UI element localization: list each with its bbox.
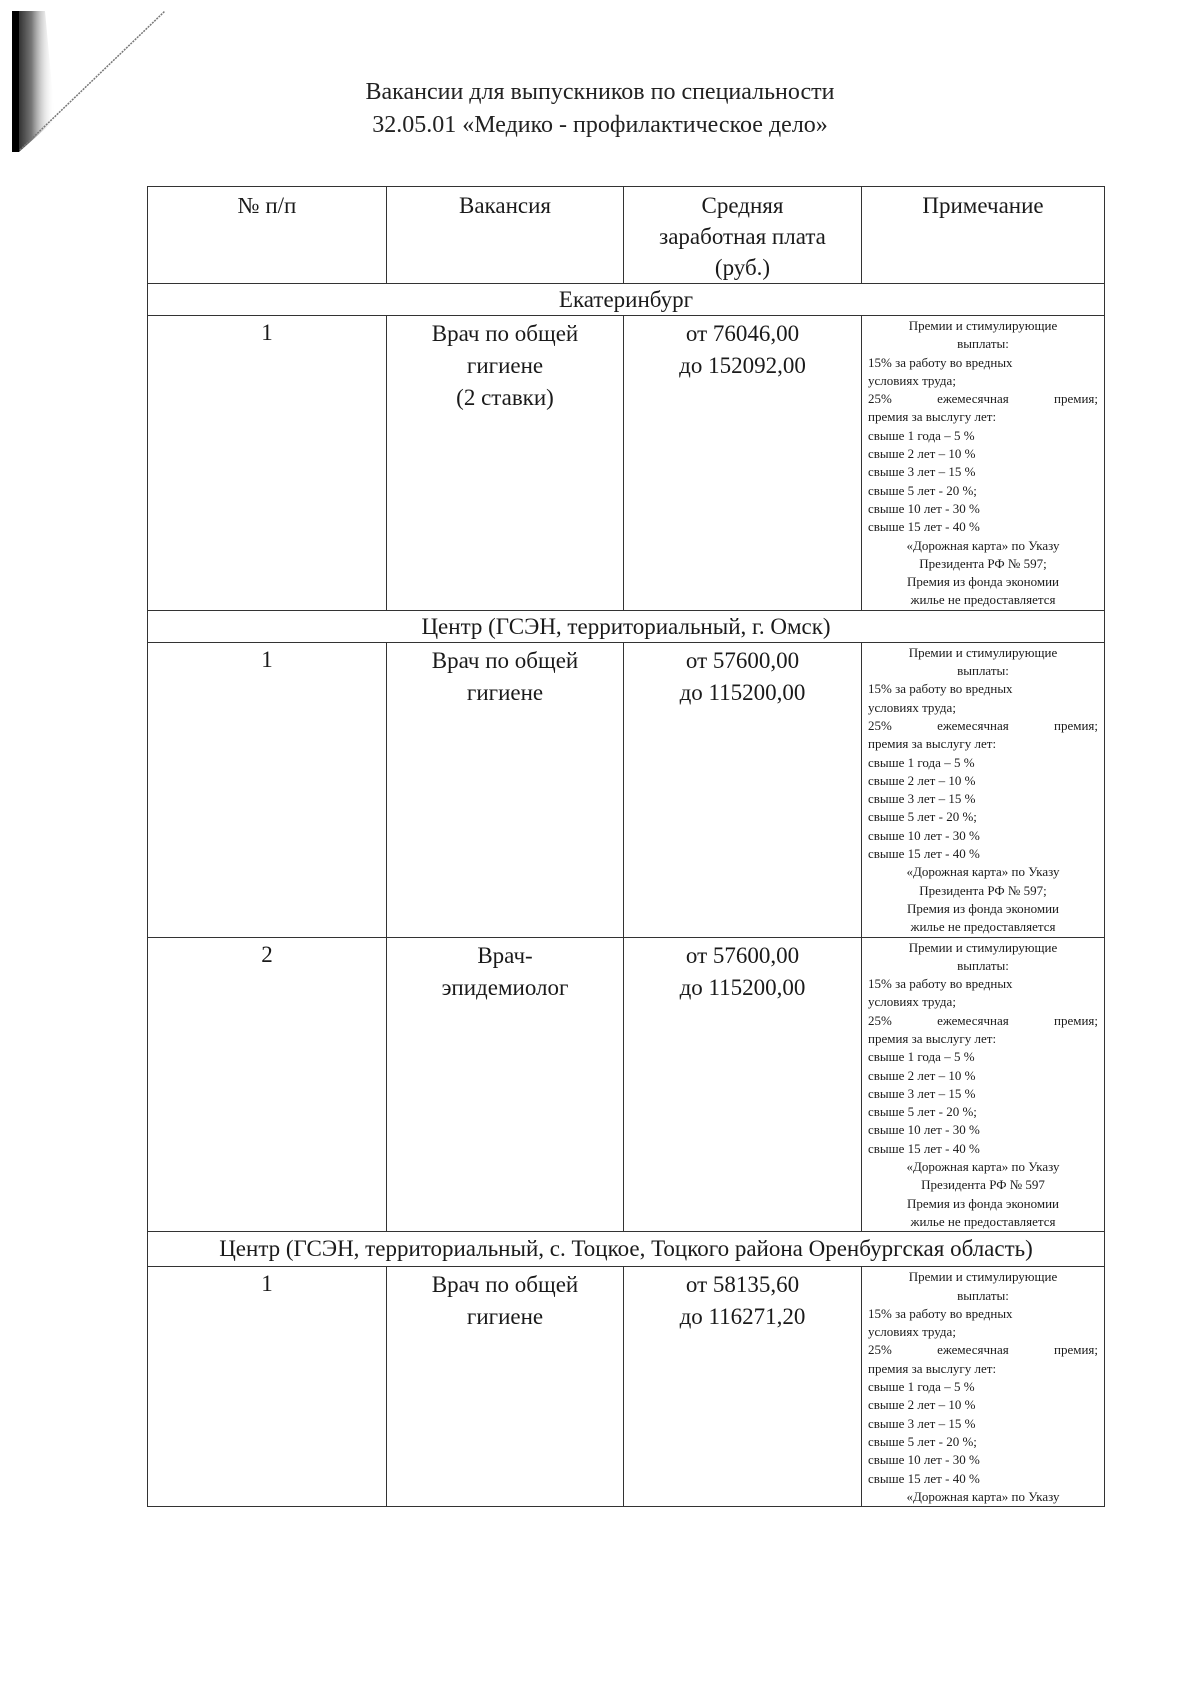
row-number: 2 [148,937,387,1232]
salary-from: от 57600,00 [624,940,861,972]
note-seniority-item: свыше 15 лет - 40 % [868,1140,1098,1158]
note-footer-line: Премия из фонда экономии [868,573,1098,591]
vacancy-title: Врач-эпидемиолог [387,937,624,1232]
region-heading: Центр (ГСЭН, территориальный, с. Тоцкое,… [148,1232,1105,1267]
note-heading-line: выплаты: [868,1287,1098,1305]
vacancy-line: Врач по общей [387,645,623,677]
note-harmful-line: 15% за работу во вредных [868,354,1098,372]
note-footer-line: Президента РФ № 597; [868,882,1098,900]
vacancy-line: Врач по общей [387,318,623,350]
note-heading-line: выплаты: [868,662,1098,680]
note-seniority-item: свыше 2 лет – 10 % [868,772,1098,790]
note-word: ежемесячная [937,1012,1009,1030]
title-line-1: Вакансии для выпускников по специальност… [300,76,900,109]
note-cell: Премии и стимулирующиевыплаты:15% за раб… [862,642,1105,937]
note-word: ежемесячная [937,717,1009,735]
note-seniority-title: премия за выслугу лет: [868,408,1098,426]
note-monthly-bonus: 25%ежемесячнаяпремия; [868,1341,1098,1359]
note-seniority-item: свыше 1 года – 5 % [868,1048,1098,1066]
vacancy-line: гигиене [387,677,623,709]
salary-to: до 116271,20 [624,1301,861,1333]
note-harmful-line: 15% за работу во вредных [868,680,1098,698]
note-harmful-line: условиях труда; [868,1323,1098,1341]
note-footer-line: «Дорожная карта» по Указу [868,1158,1098,1176]
note-word: 25% [868,1341,892,1359]
note-heading-line: Премии и стимулирующие [868,317,1098,335]
note-footer-line: «Дорожная карта» по Указу [868,537,1098,555]
note-seniority-item: свыше 10 лет - 30 % [868,1121,1098,1139]
vacancy-line: Врач по общей [387,1269,623,1301]
note-footer-line: жилье не предоставляется [868,591,1098,609]
table-header-row: № п/п Вакансия Средняя заработная плата … [148,187,1105,284]
salary-range: от 76046,00до 152092,00 [624,316,862,611]
vacancy-title: Врач по общейгигиене [387,1267,624,1507]
region-heading: Екатеринбург [148,284,1105,316]
note-monthly-bonus: 25%ежемесячнаяпремия; [868,717,1098,735]
note-heading-line: выплаты: [868,335,1098,353]
note-seniority-item: свыше 10 лет - 30 % [868,500,1098,518]
note-harmful-line: 15% за работу во вредных [868,1305,1098,1323]
region-row: Екатеринбург [148,284,1105,316]
header-number: № п/п [148,187,387,284]
note-word: премия; [1054,1012,1098,1030]
salary-from: от 76046,00 [624,318,861,350]
note-word: премия; [1054,1341,1098,1359]
note-heading-line: выплаты: [868,957,1098,975]
header-note: Примечание [862,187,1105,284]
table-row: 2Врач-эпидемиологот 57600,00до 115200,00… [148,937,1105,1232]
note-seniority-item: свыше 10 лет - 30 % [868,827,1098,845]
note-footer-line: жилье не предоставляется [868,1213,1098,1231]
table-row: 1Врач по общейгигиенеот 57600,00до 11520… [148,642,1105,937]
vacancy-line: гигиене [387,1301,623,1333]
note-footer-line: жилье не предоставляется [868,918,1098,936]
row-number: 1 [148,1267,387,1507]
note-word: ежемесячная [937,390,1009,408]
salary-range: от 57600,00до 115200,00 [624,937,862,1232]
header-salary: Средняя заработная плата (руб.) [624,187,862,284]
note-seniority-item: свыше 1 года – 5 % [868,1378,1098,1396]
note-seniority-item: свыше 3 лет – 15 % [868,790,1098,808]
note-word: премия; [1054,717,1098,735]
vacancy-title: Врач по общейгигиене(2 ставки) [387,316,624,611]
note-seniority-item: свыше 15 лет - 40 % [868,1470,1098,1488]
salary-to: до 115200,00 [624,677,861,709]
vacancy-line: (2 ставки) [387,382,623,414]
note-seniority-item: свыше 1 года – 5 % [868,754,1098,772]
note-word: премия; [1054,390,1098,408]
note-seniority-item: свыше 5 лет - 20 %; [868,1433,1098,1451]
note-word: 25% [868,717,892,735]
note-seniority-item: свыше 1 года – 5 % [868,427,1098,445]
title-line-2: 32.05.01 «Медико - профилактическое дело… [300,109,900,142]
salary-from: от 58135,60 [624,1269,861,1301]
region-heading: Центр (ГСЭН, территориальный, г. Омск) [148,610,1105,642]
note-footer-line: «Дорожная карта» по Указу [868,863,1098,881]
note-footer-line: «Дорожная карта» по Указу [868,1488,1098,1506]
note-seniority-item: свыше 2 лет – 10 % [868,1067,1098,1085]
vacancy-line: гигиене [387,350,623,382]
note-seniority-item: свыше 2 лет – 10 % [868,1396,1098,1414]
row-number: 1 [148,316,387,611]
note-seniority-item: свыше 5 лет - 20 %; [868,482,1098,500]
note-seniority-item: свыше 3 лет – 15 % [868,1415,1098,1433]
note-harmful-line: условиях труда; [868,993,1098,1011]
region-row: Центр (ГСЭН, территориальный, с. Тоцкое,… [148,1232,1105,1267]
note-seniority-title: премия за выслугу лет: [868,735,1098,753]
note-seniority-title: премия за выслугу лет: [868,1360,1098,1378]
table-row: 1Врач по общейгигиене(2 ставки)от 76046,… [148,316,1105,611]
vacancy-title: Врач по общейгигиене [387,642,624,937]
note-seniority-item: свыше 5 лет - 20 %; [868,808,1098,826]
note-cell: Премии и стимулирующиевыплаты:15% за раб… [862,316,1105,611]
note-seniority-item: свыше 5 лет - 20 %; [868,1103,1098,1121]
note-word: ежемесячная [937,1341,1009,1359]
table-row: 1Врач по общейгигиенеот 58135,60до 11627… [148,1267,1105,1507]
note-heading-line: Премии и стимулирующие [868,1268,1098,1286]
note-seniority-item: свыше 15 лет - 40 % [868,518,1098,536]
note-seniority-item: свыше 3 лет – 15 % [868,463,1098,481]
note-cell: Премии и стимулирующиевыплаты:15% за раб… [862,937,1105,1232]
document-title: Вакансии для выпускников по специальност… [300,76,900,142]
note-seniority-item: свыше 2 лет – 10 % [868,445,1098,463]
note-seniority-item: свыше 15 лет - 40 % [868,845,1098,863]
note-heading-line: Премии и стимулирующие [868,644,1098,662]
note-seniority-title: премия за выслугу лет: [868,1030,1098,1048]
salary-range: от 57600,00до 115200,00 [624,642,862,937]
note-word: 25% [868,390,892,408]
region-row: Центр (ГСЭН, территориальный, г. Омск) [148,610,1105,642]
note-seniority-item: свыше 3 лет – 15 % [868,1085,1098,1103]
vacancies-table: № п/п Вакансия Средняя заработная плата … [147,186,1105,1507]
note-harmful-line: условиях труда; [868,372,1098,390]
note-footer-line: Премия из фонда экономии [868,900,1098,918]
note-footer-line: Премия из фонда экономии [868,1195,1098,1213]
note-heading-line: Премии и стимулирующие [868,939,1098,957]
note-monthly-bonus: 25%ежемесячнаяпремия; [868,1012,1098,1030]
note-seniority-item: свыше 10 лет - 30 % [868,1451,1098,1469]
note-footer-line: Президента РФ № 597; [868,555,1098,573]
vacancy-line: Врач- [387,940,623,972]
note-harmful-line: 15% за работу во вредных [868,975,1098,993]
salary-to: до 152092,00 [624,350,861,382]
scan-artifact-mark [10,10,170,155]
note-footer-line: Президента РФ № 597 [868,1176,1098,1194]
note-cell: Премии и стимулирующиевыплаты:15% за раб… [862,1267,1105,1507]
note-word: 25% [868,1012,892,1030]
salary-from: от 57600,00 [624,645,861,677]
header-vacancy: Вакансия [387,187,624,284]
row-number: 1 [148,642,387,937]
note-harmful-line: условиях труда; [868,699,1098,717]
salary-to: до 115200,00 [624,972,861,1004]
vacancy-line: эпидемиолог [387,972,623,1004]
note-monthly-bonus: 25%ежемесячнаяпремия; [868,390,1098,408]
salary-range: от 58135,60до 116271,20 [624,1267,862,1507]
